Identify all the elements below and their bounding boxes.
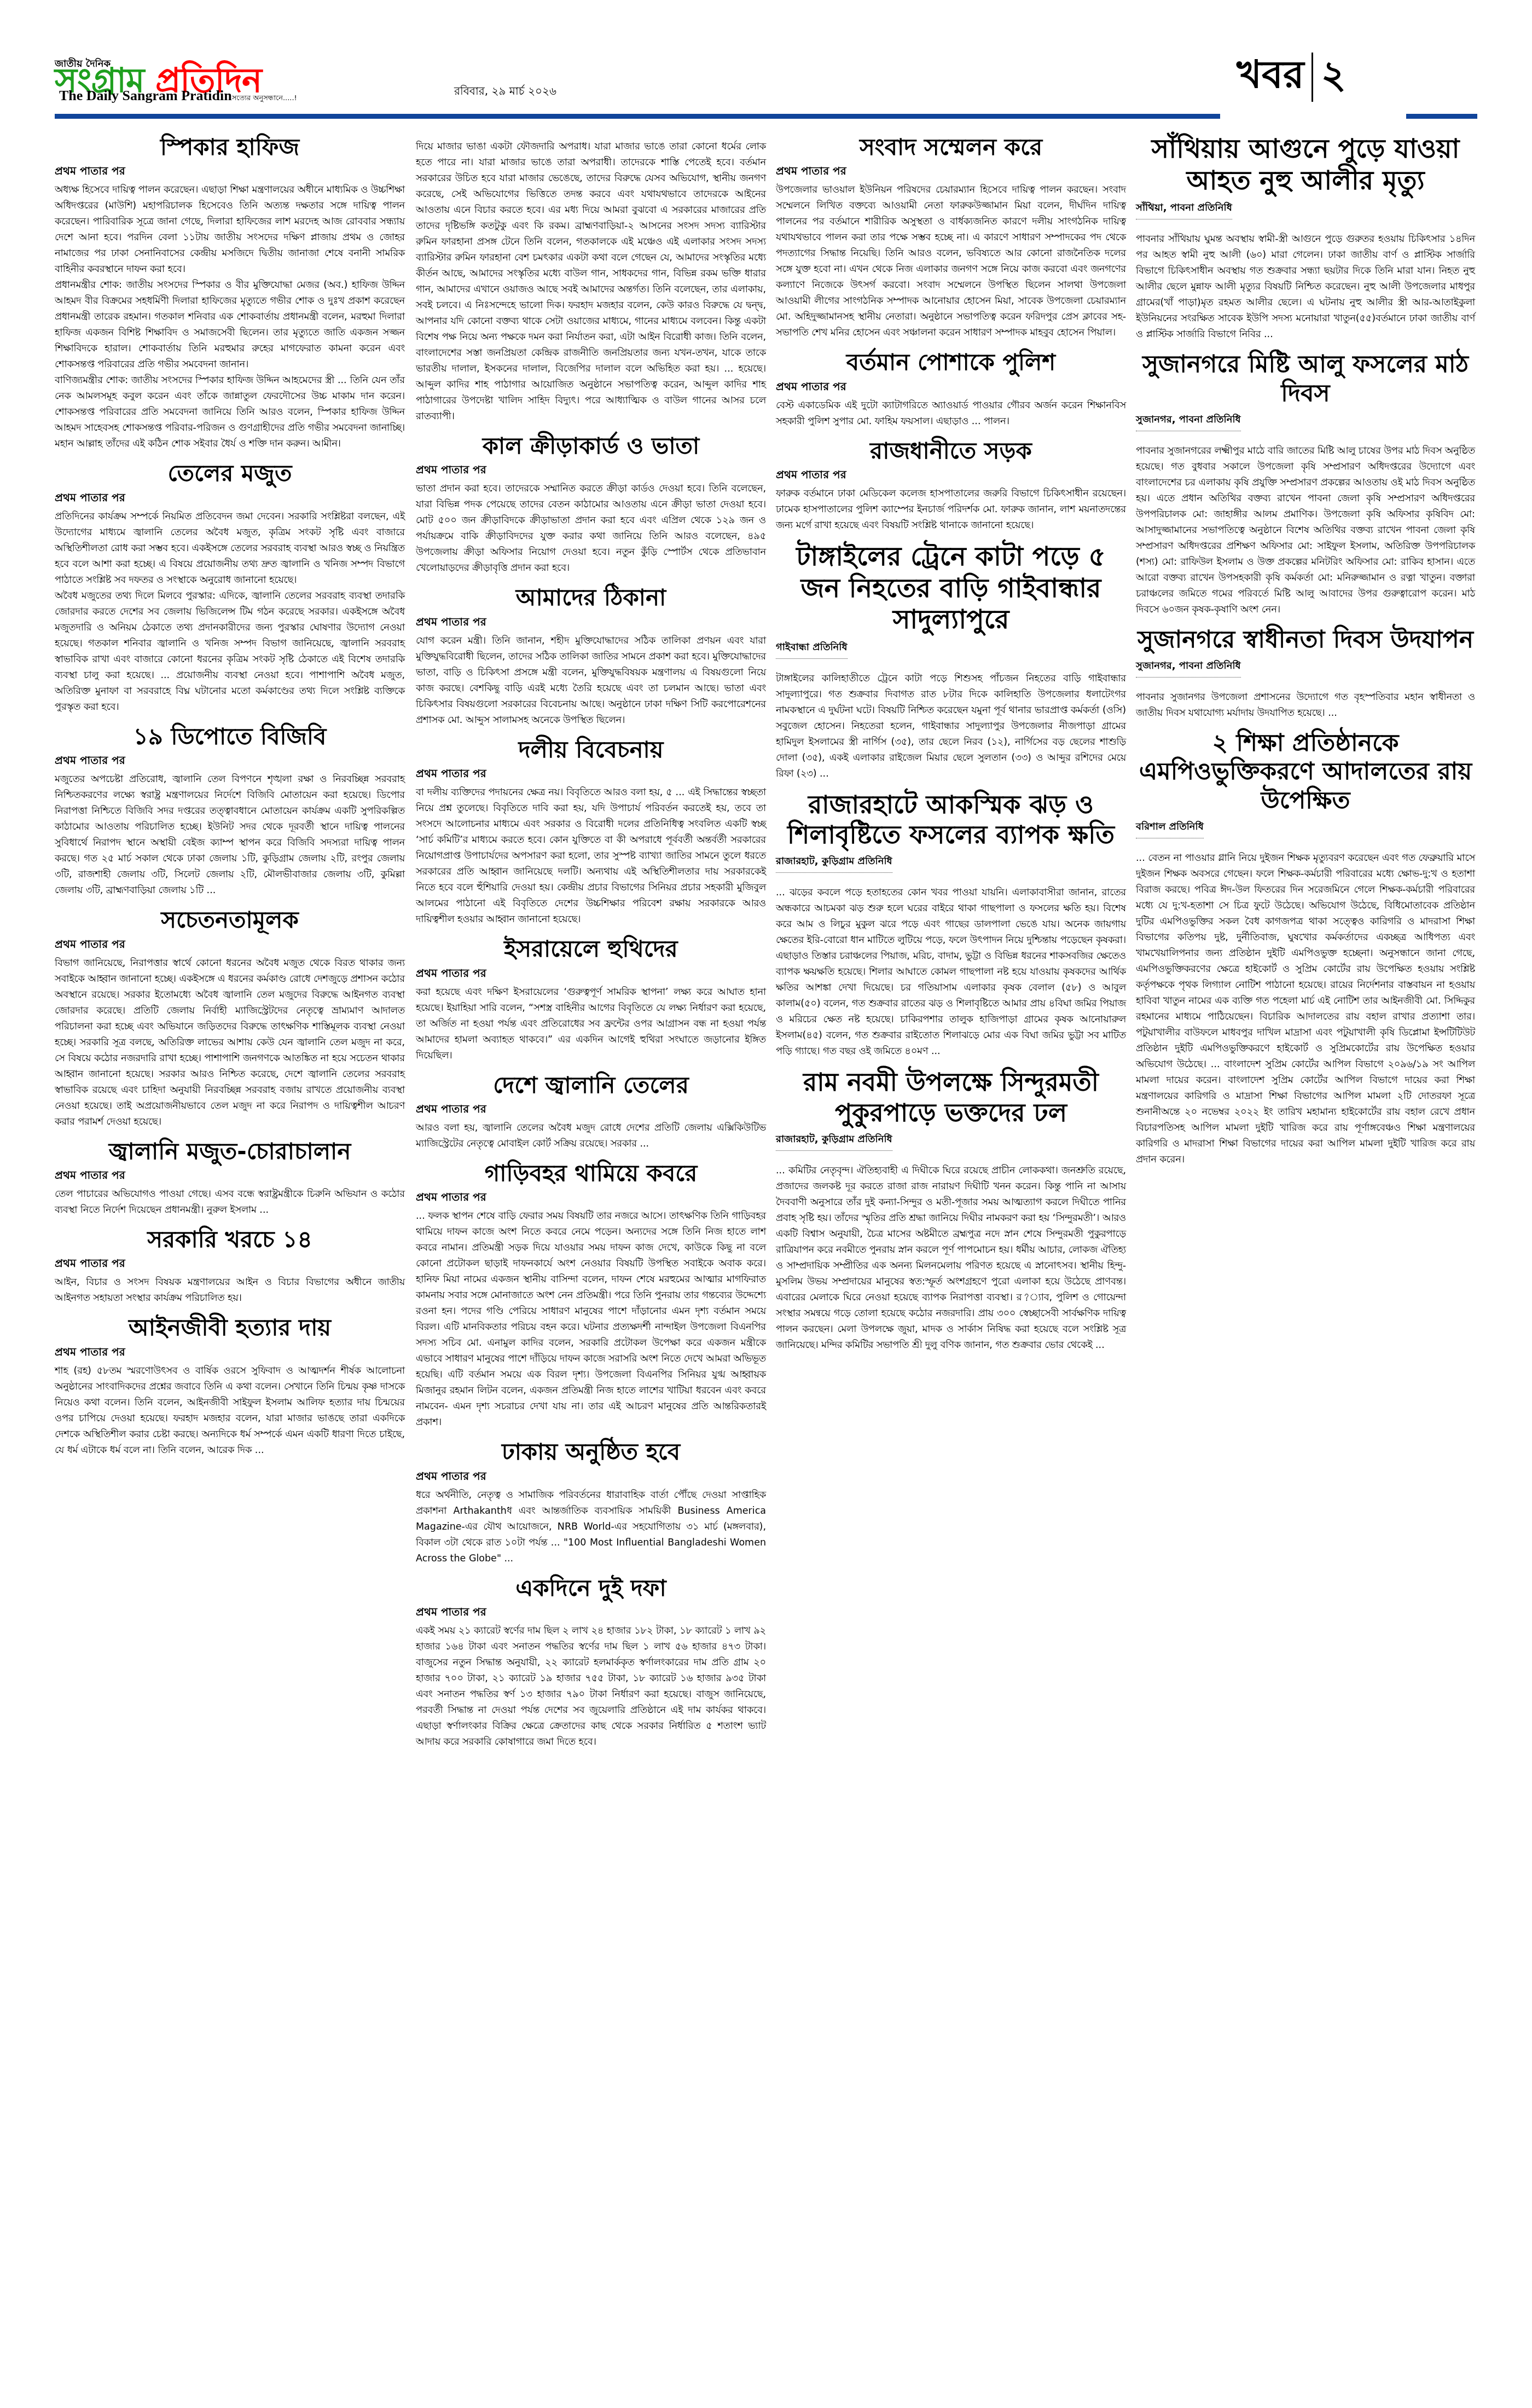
headline: জ্বালানি মজুত-চোরাচালান [55, 1138, 405, 1165]
kicker: প্রথম পাতার পর [55, 1255, 405, 1274]
article-body: মজুতের অপচেষ্টা প্রতিরোধ, জ্বালানি তেল ব… [55, 772, 405, 899]
article-motorcade-grave[interactable]: গাড়িবহর থামিয়ে কবরে প্রথম পাতার পর ...… [416, 1160, 766, 1431]
article-govt-expense[interactable]: সরকারি খরচে ১৪ প্রথম পাতার পর আইন, বিচার… [55, 1226, 405, 1306]
column-3: সংবাদ সম্মেলন করে প্রথম পাতার পর উপজেলার… [776, 126, 1126, 1353]
kicker: প্রথম পাতার পর [55, 1167, 405, 1185]
byline: গাইবান্ধা প্রতিনিধি [776, 639, 848, 659]
headline: আমাদের ঠিকানা [416, 584, 766, 611]
article-fuel-smuggling[interactable]: জ্বালানি মজুত-চোরাচালান প্রথম পাতার পর ত… [55, 1138, 405, 1218]
kicker: প্রথম পাতার পর [776, 163, 1126, 181]
byline: সুজানগর, পাবনা প্রতিনিধি [1136, 412, 1241, 431]
article-body: অধ্যক্ষ হিসেবে দায়িত্ব পালন করেছেন। এছা… [55, 182, 405, 277]
article-body: পাবনার সাঁথিয়ায় ঘুমন্ত অবস্থায় স্বামী… [1136, 231, 1475, 343]
section-page-label: খবর২ [1237, 53, 1346, 102]
column-2: দিয়ে মাজার ভাঙা একটা ফৌজদারি অপরাধ। যার… [416, 126, 766, 1750]
headline: ঢাকায় অনুষ্ঠিত হবে [416, 1438, 766, 1466]
byline: বরিশাল প্রতিনিধি [1136, 819, 1204, 838]
headline: ২ শিক্ষা প্রতিষ্ঠানকে এমপিওভুক্তিকরণে আদ… [1136, 729, 1475, 815]
article-bgb-depots[interactable]: ১৯ ডিপোতে বিজিবি প্রথম পাতার পর মজুতের অ… [55, 723, 405, 899]
article-body: বেস্ট একাডেমিক এই দুটো ক্যাটাগরিতে অ্যাও… [776, 398, 1126, 430]
kicker: প্রথম পাতার পর [416, 766, 766, 784]
article-speaker-hafiz[interactable]: স্পিকার হাফিজ প্রথম পাতার পর অধ্যক্ষ হিস… [55, 134, 405, 452]
kicker: প্রথম পাতার পর [416, 1101, 766, 1119]
article-santhia-fire[interactable]: সাঁথিয়ায় আগুনে পুড়ে যাওয়া আহত নুহু আ… [1136, 134, 1475, 343]
page-number: ২ [1321, 52, 1346, 97]
kicker: প্রথম পাতার পর [416, 1189, 766, 1207]
article-body: অবৈধ মজুতের তথ্য দিলে মিলবে পুরস্কার: এদ… [55, 588, 405, 715]
headline: সুজানগরে মিষ্টি আলু ফসলের মাঠ দিবস [1136, 350, 1475, 408]
byline: রাজারহাট, কুড়িগ্রাম প্রতিনিধি [776, 853, 892, 873]
headline: একদিনে দুই দফা [416, 1575, 766, 1602]
article-sweet-potato-field-day[interactable]: সুজানগরে মিষ্টি আলু ফসলের মাঠ দিবস সুজান… [1136, 350, 1475, 618]
kicker: প্রথম পাতার পর [55, 1344, 405, 1362]
article-capital-road[interactable]: রাজধানীতে সড়ক প্রথম পাতার পর ফারুক বর্ত… [776, 437, 1126, 534]
headline: সাঁথিয়ায় আগুনে পুড়ে যাওয়া আহত নুহু আ… [1136, 134, 1475, 196]
article-body: দিয়ে মাজার ভাঙা একটা ফৌজদারি অপরাধ। যার… [416, 139, 766, 425]
article-lawyer-murder[interactable]: আইনজীবী হত্যার দায় প্রথম পাতার পর শাহ (… [55, 1314, 405, 1458]
kicker: প্রথম পাতার পর [416, 1468, 766, 1486]
headline: সুজানগরে স্বাধীনতা দিবস উদযাপন [1136, 626, 1475, 655]
article-gold-price[interactable]: একদিনে দুই দফা প্রথম পাতার পর একই সময় ২… [416, 1575, 766, 1750]
kicker: প্রথম পাতার পর [416, 965, 766, 983]
article-body: টাঙ্গাইলের কালিহাতীতে ট্রেনে কাটা পড়ে শ… [776, 671, 1126, 782]
headline: কাল ক্রীড়াকার্ড ও ভাতা [416, 432, 766, 460]
article-fuel-oil-country[interactable]: দেশে জ্বালানি তেলের প্রথম পাতার পর আরও ব… [416, 1072, 766, 1152]
article-body: ধরে অর্থনীতি, নেতৃত্ব ও সামাজিক পরিবর্তন… [416, 1487, 766, 1567]
article-body: পাবনার সুজানগরের লক্ষ্মীপুর মাঠে বারি জা… [1136, 443, 1475, 618]
article-our-address[interactable]: আমাদের ঠিকানা প্রথম পাতার পর যোগ করেন মন… [416, 584, 766, 728]
kicker: প্রথম পাতার পর [55, 936, 405, 954]
article-held-in-dhaka[interactable]: ঢাকায় অনুষ্ঠিত হবে প্রথম পাতার পর ধরে অ… [416, 1438, 766, 1566]
english-name-text: The Daily Sangram Pratidin [59, 88, 232, 103]
issue-date: রবিবার, ২৯ মার্চ ২০২৬ [454, 83, 556, 101]
masthead-tagline: সত্যের অনুসন্ধানে.....! [232, 94, 297, 102]
masthead-english-name: The Daily Sangram Pratidinসত্যের অনুসন্ধ… [59, 88, 297, 105]
headline: তেলের মজুত [55, 460, 405, 487]
headline: সংবাদ সম্মেলন করে [776, 134, 1126, 161]
article-body: ... বেতন না পাওয়ার গ্লানি নিয়ে দুইজন শ… [1136, 850, 1475, 1168]
kicker: প্রথম পাতার পর [55, 490, 405, 508]
article-body: আরও বলা হয়, জ্বালানি তেলের অবৈধ মজুদ রো… [416, 1120, 766, 1152]
article-body: যোগ করেন মন্ত্রী। তিনি জানান, শহীদ মুক্ত… [416, 633, 766, 728]
article-police-uniform[interactable]: বর্তমান পোশাকে পুলিশ প্রথম পাতার পর বেস্… [776, 349, 1126, 429]
article-body: ফারুক বর্তমানে ঢাকা মেডিকেল কলেজ হাসপাতা… [776, 486, 1126, 534]
article-body: বাণিজ্যমন্ত্রীর শোক: জাতীয় সংসদের স্পিক… [55, 373, 405, 452]
top-rule-left [55, 114, 1220, 119]
headline: গাড়িবহর থামিয়ে কবরে [416, 1160, 766, 1187]
headline: বর্তমান পোশাকে পুলিশ [776, 349, 1126, 376]
headline: আইনজীবী হত্যার দায় [55, 1314, 405, 1341]
article-party-consideration[interactable]: দলীয় বিবেচনায় প্রথম পাতার পর বা দলীয় … [416, 736, 766, 928]
section-name: খবর [1237, 52, 1304, 97]
article-body: উপজেলার ভাওয়াল ইউনিয়ন পরিষদের চেয়ারম্… [776, 182, 1126, 341]
article-sports-card[interactable]: কাল ক্রীড়াকার্ড ও ভাতা প্রথম পাতার পর ভ… [416, 432, 766, 576]
article-tangail-train[interactable]: টাঙ্গাইলের ট্রেনে কাটা পড়ে ৫ জন নিহতের … [776, 541, 1126, 782]
article-body: প্রধানমন্ত্রীর শোক: জাতীয় সংসদের স্পিকা… [55, 277, 405, 373]
article-body: ... ঝড়ের কবলে পড়ে হতাহতের কোন খবর পাওয… [776, 885, 1126, 1060]
article-body: ... ফলক স্থাপন শেষে বাড়ি ফেরার সময় বিষ… [416, 1208, 766, 1431]
headline: রাজারহাটে আকস্মিক ঝড় ও শিলাবৃষ্টিতে ফসল… [776, 790, 1126, 850]
kicker: প্রথম পাতার পর [776, 467, 1126, 485]
article-houthis-israel[interactable]: ইসরায়েলে হুথিদের প্রথম পাতার পর করা হয়… [416, 935, 766, 1063]
kicker: প্রথম পাতার পর [55, 163, 405, 181]
headline: স্পিকার হাফিজ [55, 134, 405, 161]
column-4: সাঁথিয়ায় আগুনে পুড়ে যাওয়া আহত নুহু আ… [1136, 126, 1475, 1168]
byline: সুজানগর, পাবনা প্রতিনিধি [1136, 658, 1241, 678]
article-body: শাহ (রহ) ৫৮তম স্মরণোউৎসব ও বার্ষিক ওরসে … [55, 1363, 405, 1458]
article-body: তেল পাচারের অভিযোগও পাওয়া গেছে। এসব বন্… [55, 1186, 405, 1218]
article-rajarhat-storm[interactable]: রাজারহাটে আকস্মিক ঝড় ও শিলাবৃষ্টিতে ফসল… [776, 790, 1126, 1060]
headline: রাম নবমী উপলক্ষে সিন্দুরমতী পুকুরপাড়ে ভ… [776, 1067, 1126, 1127]
article-mpo-court-verdict[interactable]: ২ শিক্ষা প্রতিষ্ঠানকে এমপিওভুক্তিকরণে আদ… [1136, 729, 1475, 1168]
article-body: প্রতিদিনের কার্যক্রম সম্পর্কে নিয়মিত প্… [55, 509, 405, 588]
kicker: প্রথম পাতার পর [416, 1604, 766, 1622]
article-independence-day[interactable]: সুজানগরে স্বাধীনতা দিবস উদযাপন সুজানগর, … [1136, 626, 1475, 721]
headline: ইসরায়েলে হুথিদের [416, 935, 766, 963]
top-rule-right [1406, 114, 1477, 119]
article-awareness[interactable]: সচেতনতামূলক প্রথম পাতার পর বিভাগ জানিয়ে… [55, 906, 405, 1130]
headline: দেশে জ্বালানি তেলের [416, 1072, 766, 1099]
article-body: ভাতা প্রদান করা হবে। তাদেরকে সম্মানিত কর… [416, 481, 766, 576]
byline: রাজারহাট, কুড়িগ্রাম প্রতিনিধি [776, 1131, 892, 1151]
article-press-conference[interactable]: সংবাদ সম্মেলন করে প্রথম পাতার পর উপজেলার… [776, 134, 1126, 341]
column-1: স্পিকার হাফিজ প্রথম পাতার পর অধ্যক্ষ হিস… [55, 126, 405, 1458]
headline: সরকারি খরচে ১৪ [55, 1226, 405, 1253]
kicker: প্রথম পাতার পর [416, 462, 766, 480]
article-oil-stock[interactable]: তেলের মজুত প্রথম পাতার পর প্রতিদিনের কার… [55, 460, 405, 715]
spacer [416, 126, 766, 139]
article-ram-navami[interactable]: রাম নবমী উপলক্ষে সিন্দুরমতী পুকুরপাড়ে ভ… [776, 1067, 1126, 1353]
headline: রাজধানীতে সড়ক [776, 437, 1126, 465]
article-body: বিভাগ জানিয়েছে, নিরাপত্তার স্বার্থে কোন… [55, 956, 405, 1130]
headline: ১৯ ডিপোতে বিজিবি [55, 723, 405, 750]
divider [1312, 53, 1313, 102]
byline: সাঁথিয়া, পাবনা প্রতিনিধি [1136, 200, 1232, 219]
kicker: প্রথম পাতার পর [55, 752, 405, 771]
article-body: করা হয়েছে এবং দক্ষিণ ইসরায়েলের ‘গুরুত্… [416, 985, 766, 1064]
kicker: প্রথম পাতার পর [776, 379, 1126, 397]
headline: দলীয় বিবেচনায় [416, 736, 766, 763]
headline: টাঙ্গাইলের ট্রেনে কাটা পড়ে ৫ জন নিহতের … [776, 541, 1126, 636]
headline: সচেতনতামূলক [55, 906, 405, 934]
article-body: বা দলীয় ব্যক্তিদের পদায়নের ক্ষেত্র নয়… [416, 785, 766, 928]
article-body: পাবনার সুজানগর উপজেলা প্রশাসনের উদ্যোগে … [1136, 690, 1475, 721]
kicker: প্রথম পাতার পর [416, 614, 766, 632]
article-continued-mazar[interactable]: দিয়ে মাজার ভাঙা একটা ফৌজদারি অপরাধ। যার… [416, 126, 766, 425]
article-body: আইন, বিচার ও সংসদ বিষয়ক মন্ত্রণালয়ের আ… [55, 1275, 405, 1306]
article-body: একই সময় ২১ ক্যারেট স্বর্ণের দাম ছিল ২ ল… [416, 1623, 766, 1750]
article-body: ... কমিটির নেতৃবৃন্দ। ঐতিহ্যবাহী এ দিঘীক… [776, 1163, 1126, 1353]
